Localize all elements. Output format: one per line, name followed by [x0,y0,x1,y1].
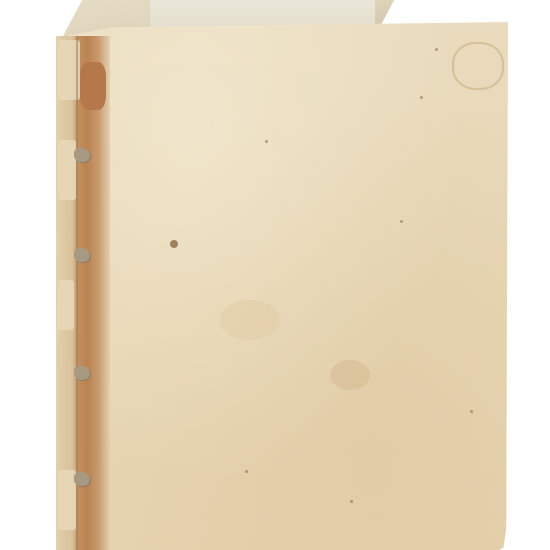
speck [400,220,403,223]
book-photo [0,0,550,550]
speck [245,470,248,473]
speck [420,96,423,99]
book-cover [58,22,508,550]
speck [470,410,473,413]
spine-rust-patch [80,62,106,110]
stitch-knot [74,248,90,262]
stain [220,300,280,340]
stitch-knot [74,366,90,380]
stain [170,240,178,248]
stitch-knot [74,472,90,486]
spine-wear [58,280,74,330]
water-stain-ring [452,42,504,90]
stitch-knot [74,148,90,162]
speck [350,500,353,503]
speck [265,140,268,143]
stain [330,360,370,390]
speck [435,48,438,51]
spine-wear [58,140,76,200]
